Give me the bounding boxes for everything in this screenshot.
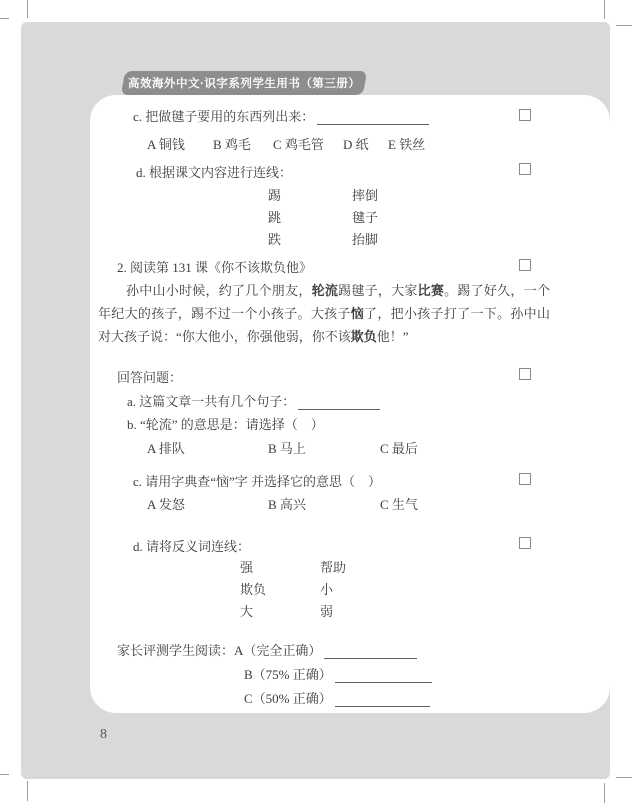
- option-b: B 马上: [268, 438, 306, 457]
- crop-mark: [604, 783, 605, 803]
- done-checkbox: [519, 537, 531, 549]
- question-d-label: d. 请将反义词连线：: [133, 536, 250, 555]
- question-c-label: c. 请用字典查“恼”字 并选择它的意思（ ）: [133, 471, 381, 490]
- option-c: C 生气: [380, 494, 418, 513]
- reading-passage: 孙中山小时候，约了几个朋友，轮流踢毽子，大家比赛。踢了好久，一个年纪大的孩子，踢…: [98, 279, 550, 348]
- match-left: 跌: [268, 229, 281, 248]
- option-a: A 发怒: [147, 494, 185, 513]
- assessment-row-b: B（75% 正确）: [244, 664, 432, 683]
- page-number: 8: [100, 727, 107, 743]
- passage-keyword: 比赛: [418, 283, 445, 298]
- match-right: 毽子: [352, 207, 378, 226]
- done-checkbox: [519, 368, 531, 380]
- answer-blank: [298, 396, 380, 410]
- header-badge: 高效海外中文·识字系列学生用书（第三册）: [121, 71, 367, 95]
- passage-segment: 他！”: [377, 329, 409, 344]
- match-right: 摔倒: [352, 185, 378, 204]
- answer-blank: [317, 111, 429, 125]
- assessment-grade-c: C（50% 正确）: [244, 688, 332, 707]
- option-b: B 鸡毛: [213, 134, 251, 153]
- questions-heading: 回答问题：: [117, 367, 182, 386]
- match-right: 抬脚: [352, 229, 378, 248]
- assessment-grade-b: B（75% 正确）: [244, 664, 332, 683]
- passage-keyword: 恼: [351, 306, 364, 321]
- option-c: C 鸡毛管: [273, 134, 324, 153]
- option-c: C 最后: [380, 438, 418, 457]
- passage-keyword: 欺负: [351, 329, 377, 344]
- option-a: A 铜钱: [147, 134, 185, 153]
- question-b-label: b. “轮流” 的意思是：请选择（ ）: [127, 414, 324, 433]
- question-a-row: a. 这篇文章一共有几个句子：: [127, 391, 380, 410]
- answer-blank: [335, 669, 432, 683]
- passage-segment: 踢毽子，大家: [338, 283, 418, 298]
- assessment-row-a: 家长评测学生阅读： A（完全正确）: [117, 640, 417, 659]
- match-left: 踢: [268, 185, 281, 204]
- done-checkbox: [519, 473, 531, 485]
- option-d: D 纸: [343, 134, 369, 153]
- assessment-intro: 家长评测学生阅读：: [117, 640, 234, 659]
- match-right: 弱: [320, 601, 333, 620]
- match-left: 大: [240, 601, 253, 620]
- answer-blank: [335, 693, 430, 707]
- assessment-grade-a: A（完全正确）: [234, 640, 321, 659]
- match-left: 强: [240, 557, 253, 576]
- question-c-list-items: c. 把做毽子要用的东西列出来：: [133, 106, 429, 125]
- crop-mark: [0, 774, 9, 775]
- crop-mark: [0, 18, 9, 19]
- question-d-label: d. 根据课文内容进行连线：: [136, 162, 292, 181]
- crop-mark: [616, 777, 632, 778]
- question-a-label: a. 这篇文章一共有几个句子：: [127, 391, 295, 410]
- crop-mark: [27, 0, 28, 18]
- match-right: 小: [320, 579, 333, 598]
- option-a: A 排队: [147, 438, 185, 457]
- match-left: 欺负: [240, 579, 266, 598]
- crop-mark: [27, 781, 28, 801]
- question-c-label: c. 把做毽子要用的东西列出来：: [133, 106, 314, 125]
- reading-title: 2. 阅读第 131 课《你不该欺负他》: [117, 257, 312, 276]
- header-badge-text: 高效海外中文·识字系列学生用书（第三册）: [128, 75, 360, 91]
- match-left: 跳: [268, 207, 281, 226]
- done-checkbox: [519, 259, 531, 271]
- assessment-row-c: C（50% 正确）: [244, 688, 430, 707]
- option-e: E 铁丝: [388, 134, 425, 153]
- option-b: B 高兴: [268, 494, 306, 513]
- crop-mark: [616, 25, 632, 26]
- done-checkbox: [519, 109, 531, 121]
- match-right: 帮助: [320, 557, 346, 576]
- passage-segment: 孙中山小时候，约了几个朋友，: [126, 283, 312, 298]
- crop-mark: [604, 0, 605, 19]
- passage-keyword: 轮流: [312, 283, 339, 298]
- done-checkbox: [519, 163, 531, 175]
- workbook-page: 高效海外中文·识字系列学生用书（第三册） c. 把做毽子要用的东西列出来： A …: [0, 0, 632, 803]
- answer-blank: [324, 645, 417, 659]
